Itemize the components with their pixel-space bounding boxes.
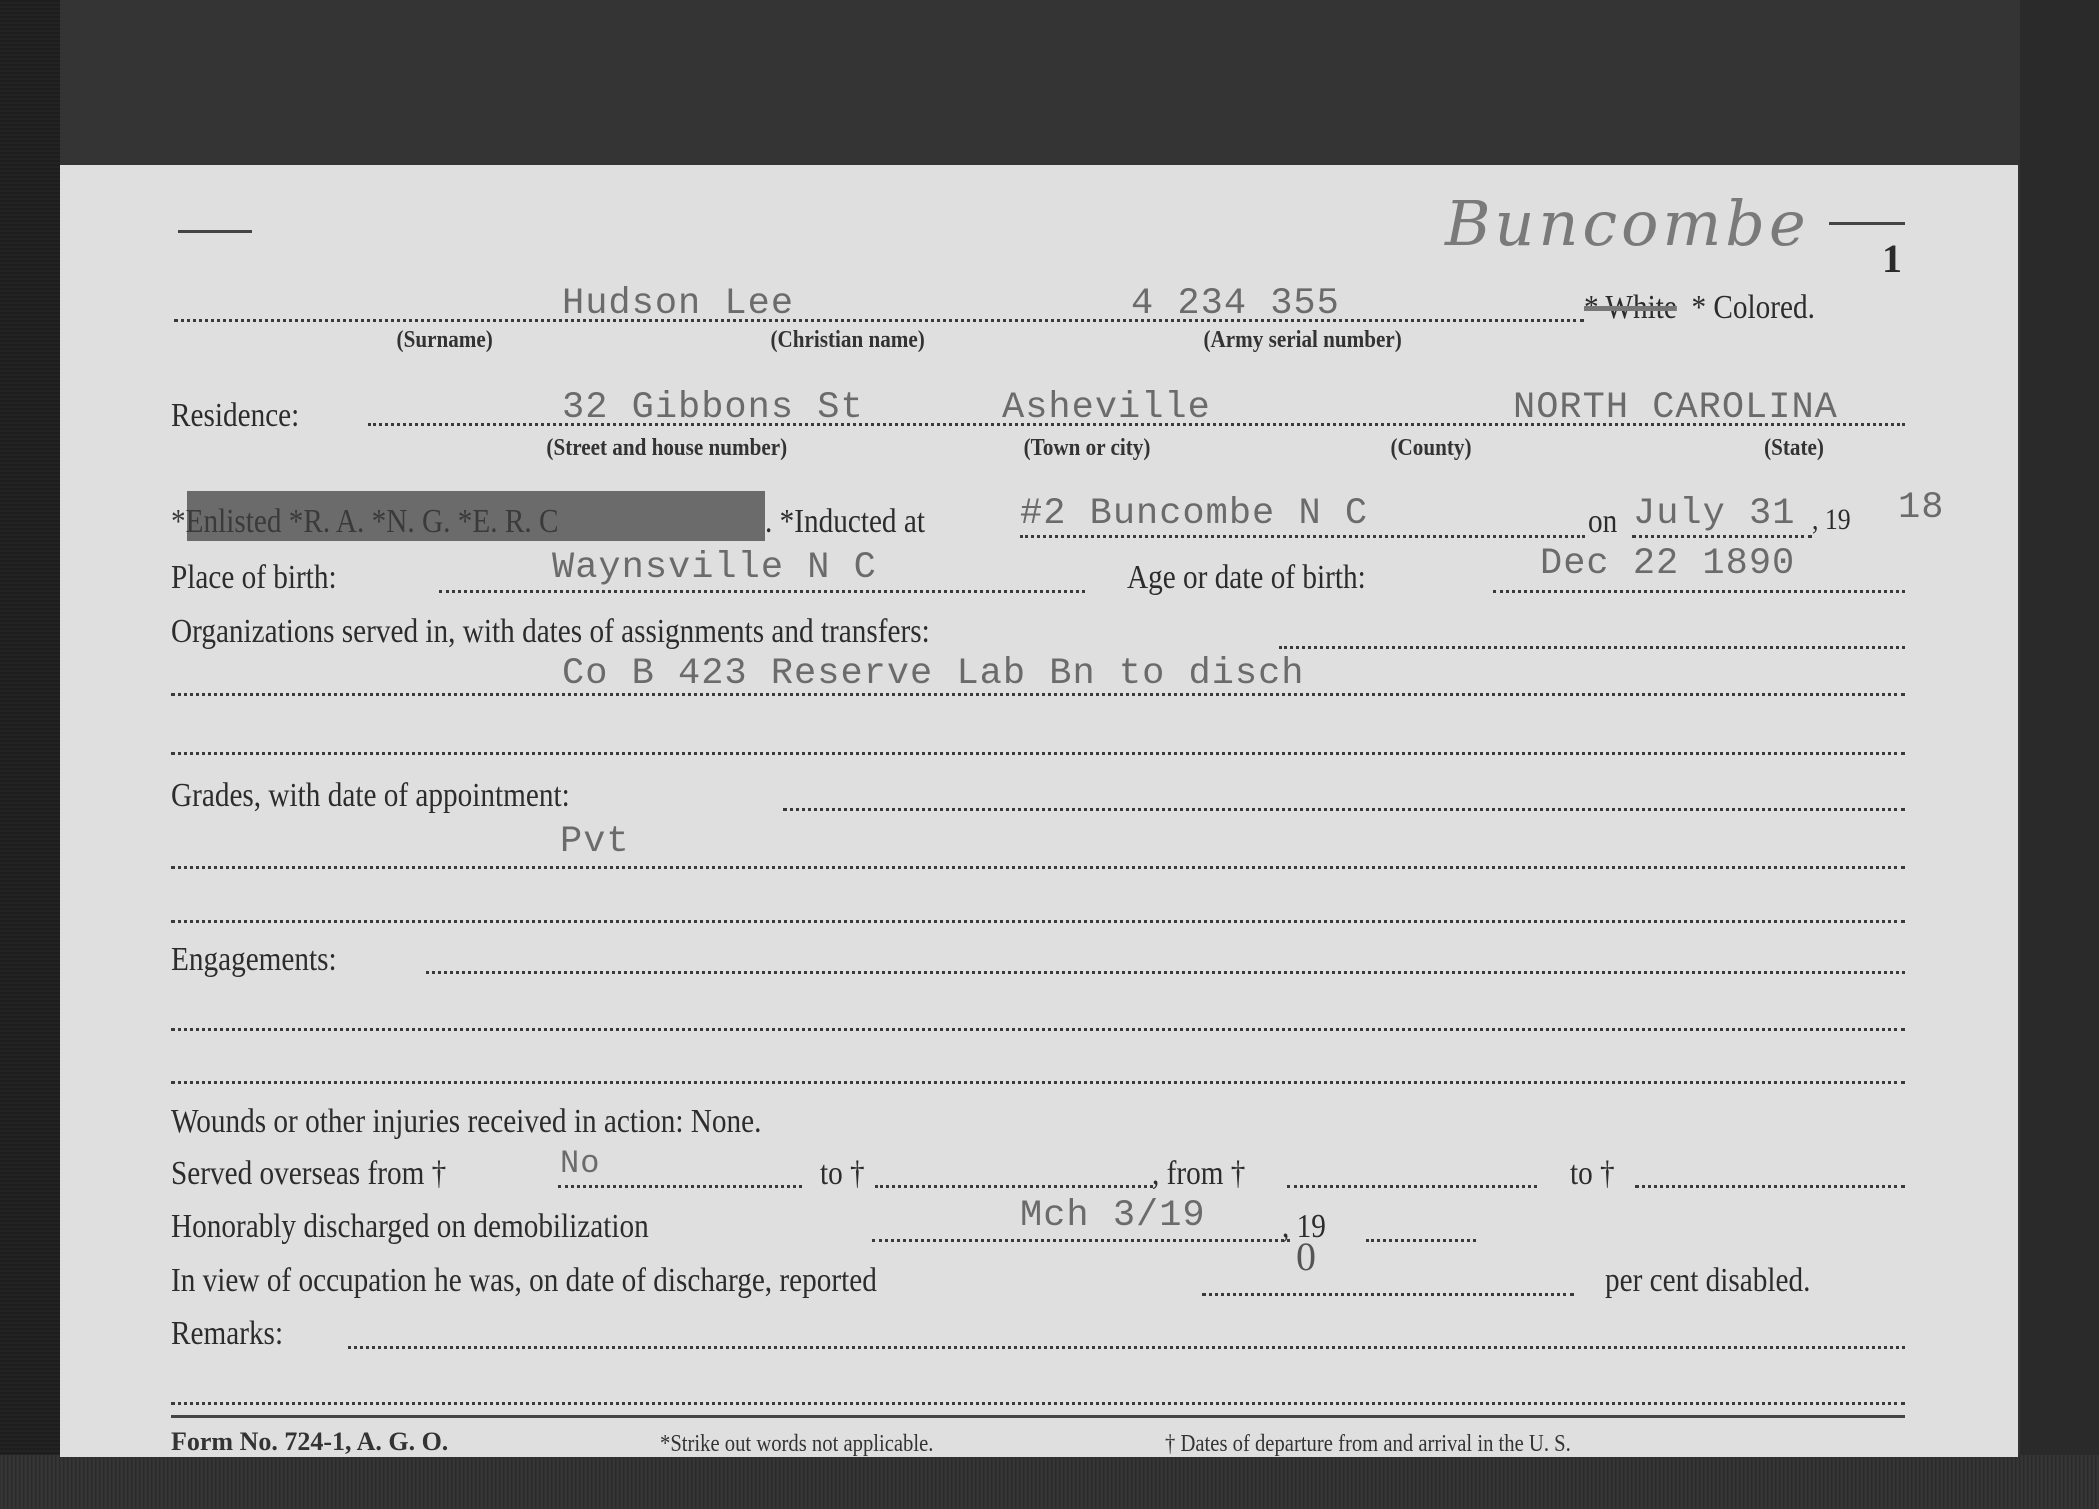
overseas-to-line — [875, 1185, 1153, 1188]
overseas-from2-line — [1287, 1185, 1537, 1188]
residence-street: 32 Gibbons St — [562, 387, 864, 429]
footer-rule — [171, 1415, 1905, 1418]
remarks-line-0 — [348, 1346, 1905, 1349]
organizations-label: Organizations served in, with dates of a… — [171, 613, 930, 651]
scanner-right-edge — [2020, 0, 2099, 1509]
dates-note: † Dates of departure from and arrival in… — [1165, 1431, 1571, 1458]
discharge-date: Mch 3/19 — [1020, 1195, 1206, 1237]
overseas-label: Served overseas from † — [171, 1155, 446, 1193]
overseas-from-line — [558, 1185, 802, 1188]
wounds-label-text: Wounds or other injuries received in act… — [171, 1103, 683, 1140]
induction-year: 18 — [1898, 487, 1944, 529]
christian-name-label: (Christian name) — [771, 327, 925, 354]
date-of-birth-line — [1493, 590, 1905, 593]
serial-value: 4 234 355 — [1131, 283, 1340, 325]
engagements-label: Engagements: — [171, 941, 337, 979]
inducted-line — [1020, 535, 1585, 538]
date-of-birth-value: Dec 22 1890 — [1540, 543, 1795, 585]
strike-out-note: *Strike out words not applicable. — [660, 1431, 933, 1458]
remarks-label: Remarks: — [171, 1315, 283, 1353]
top-left-dash — [178, 230, 252, 233]
name-line — [174, 319, 1584, 322]
white-option: * White — [1584, 289, 1677, 326]
handwritten-county: Buncombe — [1445, 187, 1810, 260]
overseas-from-value: No — [560, 1145, 600, 1182]
date-of-birth-label: Age or date of birth: — [1127, 559, 1366, 597]
disability-value: 0 — [1296, 1233, 1316, 1280]
place-of-birth-line — [439, 590, 1085, 593]
county-label: (County) — [1391, 435, 1472, 462]
wounds-label: Wounds or other injuries received in act… — [171, 1103, 761, 1141]
enlisted-struck-label: *Enlisted *R. A. *N. G. *E. R. C — [171, 503, 558, 541]
overseas-to2-line — [1635, 1185, 1905, 1188]
inducted-at-value: #2 Buncombe N C — [1020, 493, 1368, 535]
residence-town: Asheville — [1002, 387, 1211, 429]
overseas-to-label: to † — [820, 1155, 865, 1193]
place-of-birth-label: Place of birth: — [171, 559, 337, 597]
grades-line-1 — [171, 866, 1905, 869]
remarks-line-1 — [171, 1402, 1905, 1405]
card-number: 1 — [1882, 235, 1902, 282]
discharge-label: Honorably discharged on demobilization — [171, 1208, 649, 1246]
scanner-left-edge — [0, 0, 60, 1509]
inducted-label: . *Inducted at — [765, 503, 925, 541]
street-label: (Street and house number) — [546, 435, 787, 462]
race-white-label: * White * Colored. — [1584, 289, 1815, 327]
discharge-line — [872, 1239, 1290, 1242]
organizations-line-2 — [171, 752, 1905, 755]
wounds-value: None. — [691, 1103, 762, 1140]
disability-suffix: per cent disabled. — [1605, 1262, 1810, 1300]
grades-label: Grades, with date of appointment: — [171, 777, 570, 815]
year-prefix: , 19 — [1812, 503, 1851, 537]
disability-label: In view of occupation he was, on date of… — [171, 1262, 877, 1300]
form-number: Form No. 724-1, A. G. O. — [171, 1427, 448, 1457]
name-value: Hudson Lee — [562, 283, 794, 325]
organizations-line-1 — [171, 693, 1905, 696]
handwritten-dash — [1829, 222, 1905, 225]
colored-option: * Colored. — [1691, 289, 1814, 326]
grade-entry: Pvt — [560, 821, 630, 863]
discharge-year-line — [1366, 1239, 1476, 1242]
scanner-bottom-edge — [0, 1455, 2099, 1509]
overseas-from2-label: , from † — [1152, 1155, 1245, 1193]
engagements-line-2 — [171, 1081, 1905, 1084]
on-label: on — [1588, 503, 1617, 541]
organization-entry: Co B 423 Reserve Lab Bn to disch — [562, 653, 1305, 695]
engagements-line-1 — [171, 1028, 1905, 1031]
grades-line-0 — [783, 808, 1905, 811]
induction-date-line — [1632, 535, 1812, 538]
residence-state: NORTH CAROLINA — [1513, 387, 1838, 429]
overseas-to2-label: to † — [1570, 1155, 1615, 1193]
town-label: (Town or city) — [1024, 435, 1151, 462]
engagements-line-0 — [426, 971, 1905, 974]
serial-label: (Army serial number) — [1204, 327, 1402, 354]
place-of-birth-value: Waynsville N C — [552, 547, 877, 589]
disability-line — [1202, 1293, 1574, 1296]
induction-date: July 31 — [1633, 493, 1795, 535]
surname-label: (Surname) — [397, 327, 493, 354]
grades-line-2 — [171, 920, 1905, 923]
residence-label: Residence: — [171, 397, 299, 435]
state-label: (State) — [1764, 435, 1824, 462]
service-record-card: Buncombe 1 Hudson Lee 4 234 355 * White … — [60, 165, 2018, 1457]
organizations-line-0 — [1279, 646, 1905, 649]
